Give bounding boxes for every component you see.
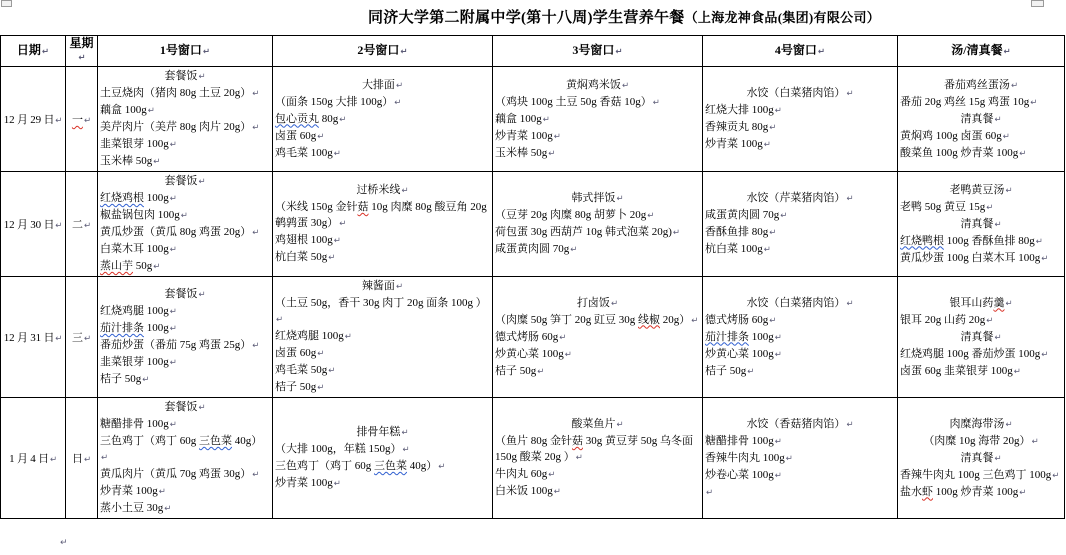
menu-line-text: 番茄鸡丝蛋汤 xyxy=(944,79,1010,91)
paragraph-mark: ↵ xyxy=(438,462,445,472)
menu-line-text: 炒青菜 100g xyxy=(100,485,158,497)
menu-line-text: 过桥米线 xyxy=(356,184,400,196)
menu-line: 藕盒 100g↵ xyxy=(495,111,700,128)
menu-line: 炒青菜 100g↵ xyxy=(495,128,700,145)
menu-line-text: 老鸭黄豆汤 xyxy=(949,184,1004,196)
paragraph-mark: ↵ xyxy=(1005,299,1012,309)
menu-line-text: （鱼片 80g 金针菇 30g 黄豆芽 50g 乌冬面 150g 酸菜 20g … xyxy=(495,435,693,463)
menu-line: 打卤饭↵ xyxy=(495,295,700,312)
menu-row: 12 月 30 日↵二↵套餐饭↵红烧鸡根 100g↵椒盐锅包肉 100g↵黄瓜炒… xyxy=(1,172,1065,277)
paragraph-mark: ↵ xyxy=(394,98,401,108)
paragraph-mark: ↵ xyxy=(55,116,62,126)
menu-line-text: 三色鸡丁（鸡丁 60g 三色菜 40g） xyxy=(100,435,262,447)
weekday-cell[interactable]: 二↵ xyxy=(66,172,98,277)
paragraph-mark: ↵ xyxy=(1036,237,1043,247)
window-4-cell[interactable]: 水饺（香菇猪肉馅）↵糖醋排骨 100g↵香辣牛肉丸 100g↵炒卷心菜 100g… xyxy=(703,398,898,519)
menu-line: 炒青菜 100g↵ xyxy=(100,483,270,500)
menu-line: 酸菜鱼片↵ xyxy=(495,416,700,433)
date-text: 1 月 4 日 xyxy=(9,453,49,465)
menu-line-text: 藕盒 100g xyxy=(100,104,147,116)
menu-line-text: 辣酱面 xyxy=(362,280,395,292)
paragraph-mark: ↵ xyxy=(747,367,754,377)
date-text: 12 月 29 日 xyxy=(4,114,54,126)
menu-line: 老鸭 50g 黄豆 15g↵ xyxy=(900,199,1062,216)
window-2-cell[interactable]: 大排面↵（面条 150g 大排 100g）↵包心贡丸 80g↵卤蛋 60g↵鸡毛… xyxy=(273,67,493,172)
menu-line-text: 糖醋排骨 100g xyxy=(705,435,774,447)
menu-line: 番茄 20g 鸡丝 15g 鸡蛋 10g↵ xyxy=(900,94,1062,111)
menu-line: 包心贡丸 80g↵ xyxy=(275,111,490,128)
menu-line: 辣酱面↵ xyxy=(275,278,490,295)
paragraph-mark: ↵ xyxy=(548,149,555,159)
menu-line-text: 排骨年糕 xyxy=(356,426,400,438)
paragraph-mark: ↵ xyxy=(170,140,177,150)
paragraph-mark: ↵ xyxy=(317,132,324,142)
column-header-label: 星期 xyxy=(69,36,93,50)
date-cell[interactable]: 12 月 31 日↵ xyxy=(1,277,66,398)
menu-line-text: 盐水虾 100g 炒青菜 100g xyxy=(900,486,1018,498)
menu-line: 杭白菜 50g↵ xyxy=(275,249,490,266)
menu-line-text: 糖醋排骨 100g xyxy=(100,418,169,430)
weekday-cell[interactable]: 一↵ xyxy=(66,67,98,172)
paragraph-mark: ↵ xyxy=(252,228,259,238)
menu-line: 黄瓜炒蛋（黄瓜 80g 鸡蛋 20g）↵ xyxy=(100,224,270,241)
paragraph-mark: ↵ xyxy=(317,383,324,393)
date-cell[interactable]: 12 月 29 日↵ xyxy=(1,67,66,172)
menu-line-text: 桔子 50g xyxy=(100,373,141,385)
menu-line: （豆芽 20g 肉糜 80g 胡萝卜 20g↵ xyxy=(495,207,700,224)
window-1-cell[interactable]: 套餐饭↵红烧鸡根 100g↵椒盐锅包肉 100g↵黄瓜炒蛋（黄瓜 80g 鸡蛋 … xyxy=(98,172,273,277)
menu-line: 咸蛋黄肉圆 70g↵ xyxy=(495,241,700,258)
paragraph-mark: ↵ xyxy=(846,420,853,430)
menu-line: 红烧鸡根 100g↵ xyxy=(100,190,270,207)
menu-line: 红烧鸭根 100g 香酥鱼排 80g↵ xyxy=(900,233,1062,250)
menu-line-text: 卤蛋 60g xyxy=(275,347,316,359)
paragraph-mark: ↵ xyxy=(181,211,188,221)
paragraph-mark: ↵ xyxy=(403,445,410,455)
column-header-label: 3号窗口 xyxy=(572,43,614,57)
paragraph-mark: ↵ xyxy=(148,106,155,116)
menu-line: 套餐饭↵ xyxy=(100,286,270,303)
menu-line: 炒青菜 100g↵ xyxy=(705,136,895,153)
date-cell[interactable]: 1 月 4 日↵ xyxy=(1,398,66,519)
menu-line: 桔子 50g↵ xyxy=(495,363,700,380)
paragraph-mark: ↵ xyxy=(401,186,408,196)
paragraph-mark: ↵ xyxy=(1041,350,1048,360)
menu-line-text: 杭白菜 50g xyxy=(275,251,327,263)
menu-line-text: （豆芽 20g 肉糜 80g 胡萝卜 20g xyxy=(495,209,646,221)
menu-line: 酸菜鱼 100g 炒青菜 100g↵ xyxy=(900,145,1062,162)
window-1-cell[interactable]: 套餐饭↵糖醋排骨 100g↵三色鸡丁（鸡丁 60g 三色菜 40g）↵黄瓜肉片（… xyxy=(98,398,273,519)
menu-line-text: 炒青菜 100g xyxy=(705,138,763,150)
paragraph-mark: ↵ xyxy=(616,194,623,204)
title-company: （上海龙神食品(集团)有限公司） xyxy=(685,10,880,25)
menu-line-text: 炒青菜 100g xyxy=(495,130,553,142)
menu-line-text: 酸菜鱼片 xyxy=(571,418,615,430)
paragraph-mark: ↵ xyxy=(334,236,341,246)
paragraph-mark: ↵ xyxy=(554,487,561,497)
menu-line-text: 黄焖鸡 100g 卤蛋 60g xyxy=(900,130,1002,142)
menu-line-text: 白菜木耳 100g xyxy=(100,243,169,255)
menu-line: 清真餐↵ xyxy=(900,216,1062,233)
menu-line-text: 德式烤肠 60g xyxy=(705,314,768,326)
menu-line: 糖醋排骨 100g↵ xyxy=(705,433,895,450)
menu-line: 红烧鸡腿 100g 番茄炒蛋 100g↵ xyxy=(900,346,1062,363)
menu-line-text: 杭白菜 100g xyxy=(705,243,763,255)
paragraph-mark: ↵ xyxy=(401,428,408,438)
menu-line-text: 炒青菜 100g xyxy=(275,477,333,489)
menu-line-text: 红烧鸭根 100g 香酥鱼排 80g xyxy=(900,235,1035,247)
menu-line-text: 水饺（白菜猪肉馅） xyxy=(746,297,845,309)
soup-halal-cell[interactable]: 番茄鸡丝蛋汤↵番茄 20g 鸡丝 15g 鸡蛋 10g↵清真餐↵黄焖鸡 100g… xyxy=(898,67,1065,172)
menu-line-text: 土豆烧肉（猪肉 80g 土豆 20g） xyxy=(100,87,251,99)
weekday-text: 二 xyxy=(72,219,83,231)
paragraph-mark: ↵ xyxy=(554,132,561,142)
window-3-cell[interactable]: 韩式拌饭↵（豆芽 20g 肉糜 80g 胡萝卜 20g↵荷包蛋 30g 西葫芦 … xyxy=(493,172,703,277)
menu-line: 蒸小土豆 30g↵ xyxy=(100,500,270,517)
menu-line-text: 香辣牛肉丸 100g 三色鸡丁 100g xyxy=(900,469,1051,481)
paragraph-mark: ↵ xyxy=(622,81,629,91)
date-cell[interactable]: 12 月 30 日↵ xyxy=(1,172,66,277)
paragraph-mark: ↵ xyxy=(769,123,776,133)
column-header-label: 汤/清真餐 xyxy=(951,43,1002,57)
column-header-label: 日期 xyxy=(17,43,41,57)
paragraph-mark: ↵ xyxy=(576,453,583,463)
paragraph-mark: ↵ xyxy=(769,228,776,238)
menu-line: 卤蛋 60g↵ xyxy=(275,345,490,362)
menu-line-text: 玉米棒 50g xyxy=(100,155,152,167)
menu-line-text: 韭菜银芽 100g xyxy=(100,356,169,368)
menu-line-text: 酸菜鱼 100g 炒青菜 100g xyxy=(900,147,1018,159)
paragraph-mark: ↵ xyxy=(1041,254,1048,264)
title-main: 同济大学第二附属中学(第十八周)学生营养午餐 xyxy=(368,10,685,26)
menu-line-text: （面条 150g 大排 100g） xyxy=(275,96,393,108)
menu-line-text: 茄汁排条 100g xyxy=(705,331,774,343)
paragraph-mark: ↵ xyxy=(328,253,335,263)
menu-line-text: （肉糜 10g 海带 20g） xyxy=(923,435,1030,447)
menu-line-text: 水饺（香菇猪肉馅） xyxy=(746,418,845,430)
menu-line-text: 炒卷心菜 100g xyxy=(705,469,774,481)
menu-line-text: 韩式拌饭 xyxy=(571,192,615,204)
window-2-cell[interactable]: 排骨年糕↵（大排 100g，年糕 150g）↵三色鸡丁（鸡丁 60g 三色菜 4… xyxy=(273,398,493,519)
window-1-cell[interactable]: 套餐饭↵红烧鸡腿 100g↵茄汁排条 100g↵番茄炒蛋（番茄 75g 鸡蛋 2… xyxy=(98,277,273,398)
paragraph-mark: ↵ xyxy=(55,334,62,344)
paragraph-mark: ↵ xyxy=(616,420,623,430)
menu-line: 香酥鱼排 80g↵ xyxy=(705,224,895,241)
window-4-cell[interactable]: 水饺（白菜猪肉馅）↵德式烤肠 60g↵茄汁排条 100g↵炒黄心菜 100g↵桔… xyxy=(703,277,898,398)
paragraph-mark: ↵ xyxy=(786,454,793,464)
paragraph-mark: ↵ xyxy=(84,455,91,465)
menu-line-text: 红烧鸡根 100g xyxy=(100,192,169,204)
menu-line-text: 红烧大排 100g xyxy=(705,104,774,116)
menu-line: 套餐饭↵ xyxy=(100,399,270,416)
paragraph-mark: ↵ xyxy=(570,245,577,255)
paragraph-mark: ↵ xyxy=(334,149,341,159)
menu-line: 桔子 50g↵ xyxy=(100,371,270,388)
paragraph-mark: ↵ xyxy=(537,367,544,377)
menu-line: 鸡毛菜 50g↵ xyxy=(275,362,490,379)
paragraph-mark: ↵ xyxy=(252,123,259,133)
paragraph-mark: ↵ xyxy=(565,350,572,360)
menu-line: （土豆 50g，香干 30g 肉丁 20g 面条 100g ）↵ xyxy=(275,295,490,328)
menu-line-text: 套餐饭 xyxy=(164,175,197,187)
paragraph-mark: ↵ xyxy=(1032,437,1039,447)
window-2-cell[interactable]: 过桥米线↵（米线 150g 金针菇 10g 肉糜 80g 酸豆角 20g 鹌鹑蛋… xyxy=(273,172,493,277)
paragraph-mark: ↵ xyxy=(339,219,346,229)
menu-line-text: 炒黄心菜 100g xyxy=(705,348,774,360)
paragraph-mark: ↵ xyxy=(994,454,1001,464)
window-3-cell[interactable]: 酸菜鱼片↵（鱼片 80g 金针菇 30g 黄豆芽 50g 乌冬面 150g 酸菜… xyxy=(493,398,703,519)
menu-line-text: 鸡翅根 100g xyxy=(275,234,333,246)
paragraph-mark: ↵ xyxy=(252,341,259,351)
menu-line-text: 番茄 20g 鸡丝 15g 鸡蛋 10g xyxy=(900,96,1029,108)
menu-line-text: 椒盐锅包肉 100g xyxy=(100,209,180,221)
menu-line: 韭菜银芽 100g↵ xyxy=(100,136,270,153)
menu-line-text: 白米饭 100g xyxy=(495,485,553,497)
menu-line: 套餐饭↵ xyxy=(100,68,270,85)
menu-line-text: 银耳山药羹 xyxy=(949,297,1004,309)
menu-line: 清真餐↵ xyxy=(900,450,1062,467)
menu-line-text: 卤蛋 60g 韭菜银芽 100g xyxy=(900,365,1013,377)
menu-line-text: 鸡毛菜 100g xyxy=(275,147,333,159)
paragraph-mark: ↵ xyxy=(780,211,787,221)
menu-line: 肉糜海带汤↵ xyxy=(900,416,1062,433)
menu-line-text: 套餐饭 xyxy=(164,401,197,413)
menu-line: 香辣牛肉丸 100g 三色鸡丁 100g↵ xyxy=(900,467,1062,484)
paragraph-mark: ↵ xyxy=(775,350,782,360)
menu-line-text: 桔子 50g xyxy=(705,365,746,377)
paragraph-mark: ↵ xyxy=(818,47,825,57)
menu-line-text: 黄瓜炒蛋 100g 白菜木耳 100g xyxy=(900,252,1040,264)
menu-line: 土豆烧肉（猪肉 80g 土豆 20g）↵ xyxy=(100,85,270,102)
menu-line: （鱼片 80g 金针菇 30g 黄豆芽 50g 乌冬面 150g 酸菜 20g … xyxy=(495,433,700,466)
menu-line: 香辣牛肉丸 100g↵ xyxy=(705,450,895,467)
menu-line: 藕盒 100g↵ xyxy=(100,102,270,119)
paragraph-mark: ↵ xyxy=(153,262,160,272)
menu-line: 番茄鸡丝蛋汤↵ xyxy=(900,77,1062,94)
paragraph-mark: ↵ xyxy=(775,471,782,481)
menu-line: 老鸭黄豆汤↵ xyxy=(900,182,1062,199)
paragraph-mark: ↵ xyxy=(1019,149,1026,159)
menu-line: 黄焖鸡米饭↵ xyxy=(495,77,700,94)
paragraph-mark: ↵ xyxy=(334,479,341,489)
paragraph-mark: ↵ xyxy=(1014,367,1021,377)
menu-line-text: 清真餐 xyxy=(960,452,993,464)
end-paragraph-mark: ↵ xyxy=(60,538,68,548)
paragraph-mark: ↵ xyxy=(1004,47,1011,57)
paragraph-mark: ↵ xyxy=(1019,488,1026,498)
menu-line: （肉糜 50g 笋丁 20g 豇豆 30g 线椒 20g）↵ xyxy=(495,312,700,329)
weekday-cell[interactable]: 日↵ xyxy=(66,398,98,519)
paragraph-mark: ↵ xyxy=(328,366,335,376)
paragraph-mark: ↵ xyxy=(170,420,177,430)
paragraph-mark: ↵ xyxy=(775,437,782,447)
menu-line-text: 玉米棒 50g xyxy=(495,147,547,159)
soup-halal-cell[interactable]: 银耳山药羹↵银耳 20g 山药 20g↵清真餐↵红烧鸡腿 100g 番茄炒蛋 1… xyxy=(898,277,1065,398)
menu-line-text: 黄焖鸡米饭 xyxy=(566,79,621,91)
menu-line: 银耳 20g 山药 20g↵ xyxy=(900,312,1062,329)
menu-line: 韭菜银芽 100g↵ xyxy=(100,354,270,371)
menu-line: 美芹肉片（美芹 80g 肉片 20g）↵ xyxy=(100,119,270,136)
window-2-cell[interactable]: 辣酱面↵（土豆 50g，香干 30g 肉丁 20g 面条 100g ）↵红烧鸡腿… xyxy=(273,277,493,398)
menu-line-text: 桔子 50g xyxy=(495,365,536,377)
paragraph-mark: ↵ xyxy=(55,221,62,231)
menu-line: 大排面↵ xyxy=(275,77,490,94)
menu-line-text: 黄瓜炒蛋（黄瓜 80g 鸡蛋 20g） xyxy=(100,226,251,238)
paragraph-mark: ↵ xyxy=(203,47,210,57)
menu-line-text: （米线 150g 金针菇 10g 肉糜 80g 酸豆角 20g 鹌鹑蛋 30g） xyxy=(275,201,487,229)
menu-line-text: 桔子 50g xyxy=(275,381,316,393)
paragraph-mark: ↵ xyxy=(691,316,698,326)
menu-line: 黄瓜炒蛋 100g 白菜木耳 100g↵ xyxy=(900,250,1062,267)
column-header: 1号窗口↵ xyxy=(98,36,273,67)
menu-line: 水饺（白菜猪肉馅）↵ xyxy=(705,85,895,102)
menu-line: 白菜木耳 100g↵ xyxy=(100,241,270,258)
window-3-cell[interactable]: 打卤饭↵（肉糜 50g 笋丁 20g 豇豆 30g 线椒 20g）↵德式烤肠 6… xyxy=(493,277,703,398)
paragraph-mark: ↵ xyxy=(1003,132,1010,142)
menu-line-text: 咸蛋黄肉圆 70g xyxy=(495,243,569,255)
menu-line: 红烧鸡腿 100g↵ xyxy=(275,328,490,345)
paragraph-mark: ↵ xyxy=(84,221,91,231)
paragraph-mark: ↵ xyxy=(673,228,680,238)
menu-line: 过桥米线↵ xyxy=(275,182,490,199)
menu-line: 香辣贡丸 80g↵ xyxy=(705,119,895,136)
menu-line: 水饺（香菇猪肉馅）↵ xyxy=(705,416,895,433)
paragraph-mark: ↵ xyxy=(1005,186,1012,196)
paragraph-mark: ↵ xyxy=(994,115,1001,125)
paragraph-mark: ↵ xyxy=(846,194,853,204)
menu-line: 红烧鸡腿 100g↵ xyxy=(100,303,270,320)
paragraph-mark: ↵ xyxy=(1030,98,1037,108)
weekday-cell[interactable]: 三↵ xyxy=(66,277,98,398)
paragraph-mark: ↵ xyxy=(769,316,776,326)
paragraph-mark: ↵ xyxy=(764,140,771,150)
menu-line: 三色鸡丁（鸡丁 60g 三色菜 40g）↵ xyxy=(100,433,270,466)
soup-halal-cell[interactable]: 肉糜海带汤↵（肉糜 10g 海带 20g）↵清真餐↵香辣牛肉丸 100g 三色鸡… xyxy=(898,398,1065,519)
menu-line: 桔子 50g↵ xyxy=(275,379,490,396)
menu-line-text: 韭菜银芽 100g xyxy=(100,138,169,150)
menu-line: 糖醋排骨 100g↵ xyxy=(100,416,270,433)
menu-row: 12 月 29 日↵一↵套餐饭↵土豆烧肉（猪肉 80g 土豆 20g）↵藕盒 1… xyxy=(1,67,1065,172)
menu-line: 咸蛋黄肉圆 70g↵ xyxy=(705,207,895,224)
paragraph-mark: ↵ xyxy=(198,290,205,300)
paragraph-mark: ↵ xyxy=(543,115,550,125)
window-1-cell[interactable]: 套餐饭↵土豆烧肉（猪肉 80g 土豆 20g）↵藕盒 100g↵美芹肉片（美芹 … xyxy=(98,67,273,172)
soup-halal-cell[interactable]: 老鸭黄豆汤↵老鸭 50g 黄豆 15g↵清真餐↵红烧鸭根 100g 香酥鱼排 8… xyxy=(898,172,1065,277)
menu-line-text: 套餐饭 xyxy=(164,288,197,300)
menu-line: 牛肉丸 60g↵ xyxy=(495,466,700,483)
column-header: 4号窗口↵ xyxy=(703,36,898,67)
menu-line: 德式烤肠 60g↵ xyxy=(705,312,895,329)
menu-line: （大排 100g，年糕 150g）↵ xyxy=(275,441,490,458)
menu-line-text: 藕盒 100g xyxy=(495,113,542,125)
menu-line-text: 茄汁排条 100g xyxy=(100,322,169,334)
menu-line: 排骨年糕↵ xyxy=(275,424,490,441)
menu-line-text: 清真餐 xyxy=(960,113,993,125)
paragraph-mark: ↵ xyxy=(252,470,259,480)
paragraph-mark: ↵ xyxy=(615,47,622,57)
menu-line: 韩式拌饭↵ xyxy=(495,190,700,207)
paragraph-mark: ↵ xyxy=(986,203,993,213)
paragraph-mark: ↵ xyxy=(548,470,555,480)
menu-line: （肉糜 10g 海带 20g）↵ xyxy=(900,433,1062,450)
menu-line: 荷包蛋 30g 西葫芦 10g 韩式泡菜 20g)↵ xyxy=(495,224,700,241)
menu-line: 鸡翅根 100g↵ xyxy=(275,232,490,249)
menu-line-text: 黄瓜肉片（黄瓜 70g 鸡蛋 30g） xyxy=(100,468,251,480)
menu-line-text: 炒黄心菜 100g xyxy=(495,348,564,360)
paragraph-mark: ↵ xyxy=(1052,471,1059,481)
menu-line: 水饺（白菜猪肉馅）↵ xyxy=(705,295,895,312)
paragraph-mark: ↵ xyxy=(84,334,91,344)
date-text: 12 月 30 日 xyxy=(4,219,54,231)
menu-line-text: 荷包蛋 30g 西葫芦 10g 韩式泡菜 20g) xyxy=(495,226,672,238)
menu-line-text: （大排 100g，年糕 150g） xyxy=(275,443,402,455)
menu-line: 三色鸡丁（鸡丁 60g 三色菜 40g）↵ xyxy=(275,458,490,475)
menu-line-text: 蒸山芋 50g xyxy=(100,260,152,272)
paragraph-mark: ↵ xyxy=(339,115,346,125)
paragraph-mark: ↵ xyxy=(170,245,177,255)
menu-line: 番茄炒蛋（番茄 75g 鸡蛋 25g）↵ xyxy=(100,337,270,354)
paragraph-mark: ↵ xyxy=(84,116,91,126)
menu-line: 炒黄心菜 100g↵ xyxy=(495,346,700,363)
paragraph-mark: ↵ xyxy=(846,89,853,99)
weekday-text: 日 xyxy=(72,453,83,465)
header-row: 日期↵星期↵1号窗口↵2号窗口↵3号窗口↵4号窗口↵汤/清真餐↵ xyxy=(1,36,1065,67)
menu-line: 清真餐↵ xyxy=(900,111,1062,128)
paragraph-mark: ↵ xyxy=(170,324,177,334)
menu-line: 白米饭 100g↵ xyxy=(495,483,700,500)
menu-line-text: 套餐饭 xyxy=(164,70,197,82)
menu-line: 黄瓜肉片（黄瓜 70g 鸡蛋 30g）↵ xyxy=(100,466,270,483)
menu-line: ↵ xyxy=(705,484,895,501)
menu-line-text: （鸡块 100g 土豆 50g 香菇 10g） xyxy=(495,96,652,108)
menu-line: 桔子 50g↵ xyxy=(705,363,895,380)
menu-line-text: 水饺（白菜猪肉馅） xyxy=(746,87,845,99)
paragraph-mark: ↵ xyxy=(42,47,49,57)
menu-line-text: 卤蛋 60g xyxy=(275,130,316,142)
window-4-cell[interactable]: 水饺（芹菜猪肉馅）↵咸蛋黄肉圆 70g↵香酥鱼排 80g↵杭白菜 100g↵ xyxy=(703,172,898,277)
menu-line-text: 咸蛋黄肉圆 70g xyxy=(705,209,779,221)
menu-line-text: 番茄炒蛋（番茄 75g 鸡蛋 25g） xyxy=(100,339,251,351)
paragraph-mark: ↵ xyxy=(647,211,654,221)
menu-line: 蒸山芋 50g↵ xyxy=(100,258,270,275)
paragraph-mark: ↵ xyxy=(101,453,108,463)
paragraph-mark: ↵ xyxy=(164,504,171,514)
menu-line: 德式烤肠 60g↵ xyxy=(495,329,700,346)
paragraph-mark: ↵ xyxy=(252,89,259,99)
menu-line: 炒青菜 100g↵ xyxy=(275,475,490,492)
paragraph-mark: ↵ xyxy=(400,47,407,57)
paragraph-mark: ↵ xyxy=(396,81,403,91)
menu-line: 鸡毛菜 100g↵ xyxy=(275,145,490,162)
menu-line-text: 红烧鸡腿 100g xyxy=(100,305,169,317)
window-3-cell[interactable]: 黄焖鸡米饭↵（鸡块 100g 土豆 50g 香菇 10g）↵藕盒 100g↵炒青… xyxy=(493,67,703,172)
menu-line-text: 银耳 20g 山药 20g xyxy=(900,314,985,326)
menu-row: 12 月 31 日↵三↵套餐饭↵红烧鸡腿 100g↵茄汁排条 100g↵番茄炒蛋… xyxy=(1,277,1065,398)
menu-line-text: 香辣牛肉丸 100g xyxy=(705,452,785,464)
paragraph-mark: ↵ xyxy=(142,375,149,385)
menu-line-text: 牛肉丸 60g xyxy=(495,468,547,480)
menu-line-text: 鸡毛菜 50g xyxy=(275,364,327,376)
paragraph-mark: ↵ xyxy=(317,349,324,359)
paragraph-mark: ↵ xyxy=(159,487,166,497)
paragraph-mark: ↵ xyxy=(986,316,993,326)
menu-line: 杭白菜 100g↵ xyxy=(705,241,895,258)
window-4-cell[interactable]: 水饺（白菜猪肉馅）↵红烧大排 100g↵香辣贡丸 80g↵炒青菜 100g↵ xyxy=(703,67,898,172)
paragraph-mark: ↵ xyxy=(653,98,660,108)
menu-line-text: 香酥鱼排 80g xyxy=(705,226,768,238)
paragraph-mark: ↵ xyxy=(994,220,1001,230)
menu-line-text: 包心贡丸 80g xyxy=(275,113,338,125)
